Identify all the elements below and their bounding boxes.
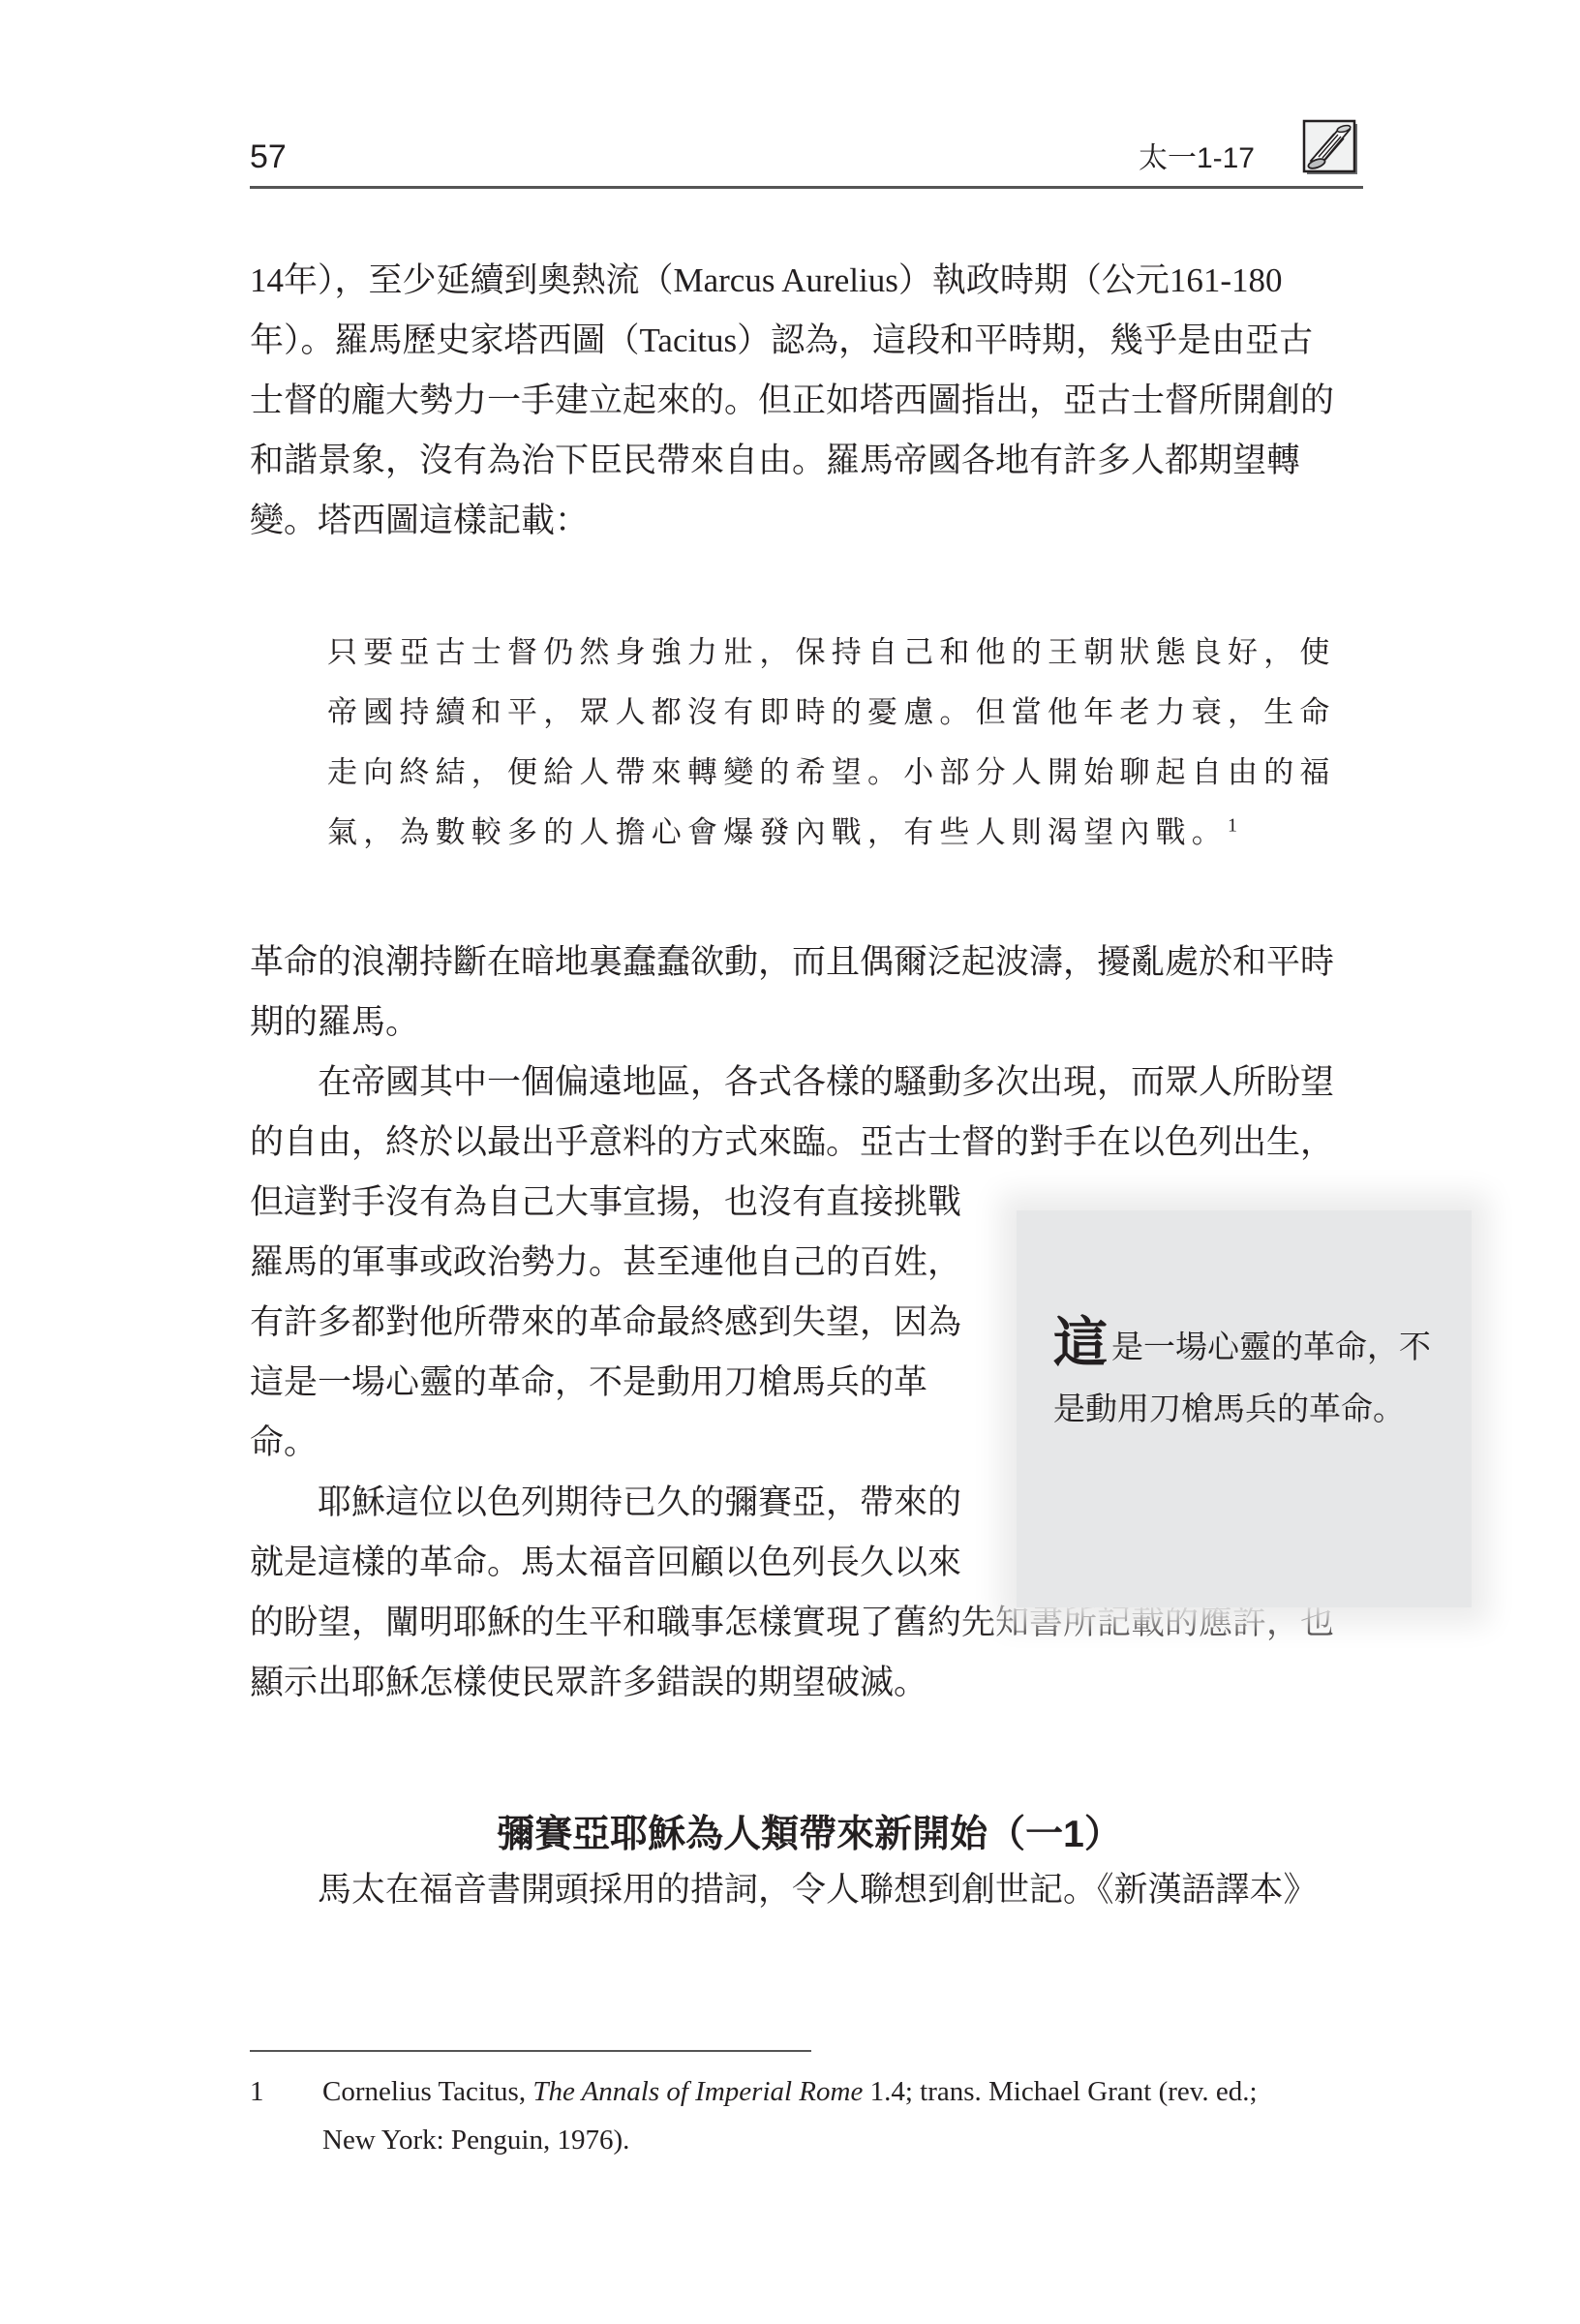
footnote-author: Cornelius Tacitus, <box>322 2076 532 2107</box>
body-line: 年）。羅馬歷史家塔西圖（Tacitus）認為，這段和平時期，幾乎是由亞古 <box>250 320 1363 362</box>
footnote-book-title: The Annals of Imperial Rome <box>532 2076 863 2107</box>
body-line: 期的羅馬。 <box>250 1001 1363 1044</box>
body-line: 馬太在福音書開頭採用的措詞，令人聯想到創世記。《新漢語譯本》 <box>250 1869 1363 1911</box>
body-line: 14年），至少延續到奧熱流（Marcus Aurelius）執政時期（公元161… <box>250 260 1363 302</box>
body-line: 革命的浪潮持斷在暗地裏蠢蠢欲動，而且偶爾泛起波濤，擾亂處於和平時 <box>250 941 1363 984</box>
header-divider <box>250 186 1363 189</box>
footnote-reference[interactable]: 1 <box>1228 815 1243 837</box>
body-line: 在帝國其中一個偏遠地區，各式各樣的騷動多次出現，而眾人所盼望 <box>250 1061 1363 1104</box>
body-line: 變。塔西圖這樣記載： <box>250 500 1363 542</box>
body-line: 這是一場心靈的革命，不是動用刀槍馬兵的革 <box>250 1361 986 1404</box>
pull-quote-text: 是一場心靈的革命，不是動用刀槍馬兵的革命。 <box>1053 1329 1431 1426</box>
footnote-details: 1.4; trans. Michael Grant (rev. ed.; <box>863 2076 1257 2107</box>
body-line: 羅馬的軍事或政治勢力。甚至連他自己的百姓， <box>250 1241 986 1284</box>
footnote-text: Cornelius Tacitus, The Annals of Imperia… <box>322 2072 1258 2111</box>
footnote-text-line2: New York: Penguin, 1976). <box>322 2121 629 2159</box>
block-quote-line: 只要亞古士督仍然身強力壯，保持自己和他的王朝狀態良好，使 <box>327 633 1286 672</box>
body-line: 有許多都對他所帶來的革命最終感到失望，因為 <box>250 1301 986 1344</box>
page-header: 57 太一1-17 <box>250 136 1363 186</box>
running-head: 太一1-17 <box>1139 139 1255 178</box>
body-line: 的盼望，闡明耶穌的生平和職事怎樣實現了舊約先知書所記載的應許，也 <box>250 1602 1363 1644</box>
page-number: 57 <box>250 136 287 178</box>
section-heading: 彌賽亞耶穌為人類帶來新開始（一1） <box>0 1811 1580 1859</box>
block-quote-line: 帝國持續和平，眾人都沒有即時的憂慮。但當他年老力衰，生命 <box>327 693 1286 732</box>
body-line: 耶穌這位以色列期待已久的彌賽亞，帶來的 <box>250 1482 986 1524</box>
footnote-number: 1 <box>250 2072 264 2111</box>
scroll-icon <box>1301 118 1363 180</box>
body-line: 就是這樣的革命。馬太福音回顧以色列長久以來 <box>250 1542 986 1584</box>
block-quote-line: 氣，為數較多的人擔心會爆發內戰，有些人則渴望內戰。1 <box>327 813 1286 852</box>
body-line: 但這對手沒有為自己大事宣揚，也沒有直接挑戰 <box>250 1181 986 1224</box>
footnote-divider <box>250 2050 811 2052</box>
block-quote-text: 氣，為數較多的人擔心會爆發內戰，有些人則渴望內戰。 <box>327 815 1228 849</box>
pull-quote: 這是一場心靈的革命，不是動用刀槍馬兵的革命。 <box>1053 1312 1441 1440</box>
body-line: 命。 <box>250 1422 986 1464</box>
block-quote-line: 走向終結，便給人帶來轉變的希望。小部分人開始聊起自由的福 <box>327 753 1286 792</box>
pull-quote-drop-char: 這 <box>1053 1312 1108 1373</box>
body-line: 士督的龐大勢力一手建立起來的。但正如塔西圖指出，亞古士督所開創的 <box>250 380 1363 422</box>
body-line: 顯示出耶穌怎樣使民眾許多錯誤的期望破滅。 <box>250 1662 1363 1704</box>
body-line: 和諧景象，沒有為治下臣民帶來自由。羅馬帝國各地有許多人都期望轉 <box>250 440 1363 482</box>
body-line: 的自由，終於以最出乎意料的方式來臨。亞古士督的對手在以色列出生， <box>250 1121 1363 1164</box>
